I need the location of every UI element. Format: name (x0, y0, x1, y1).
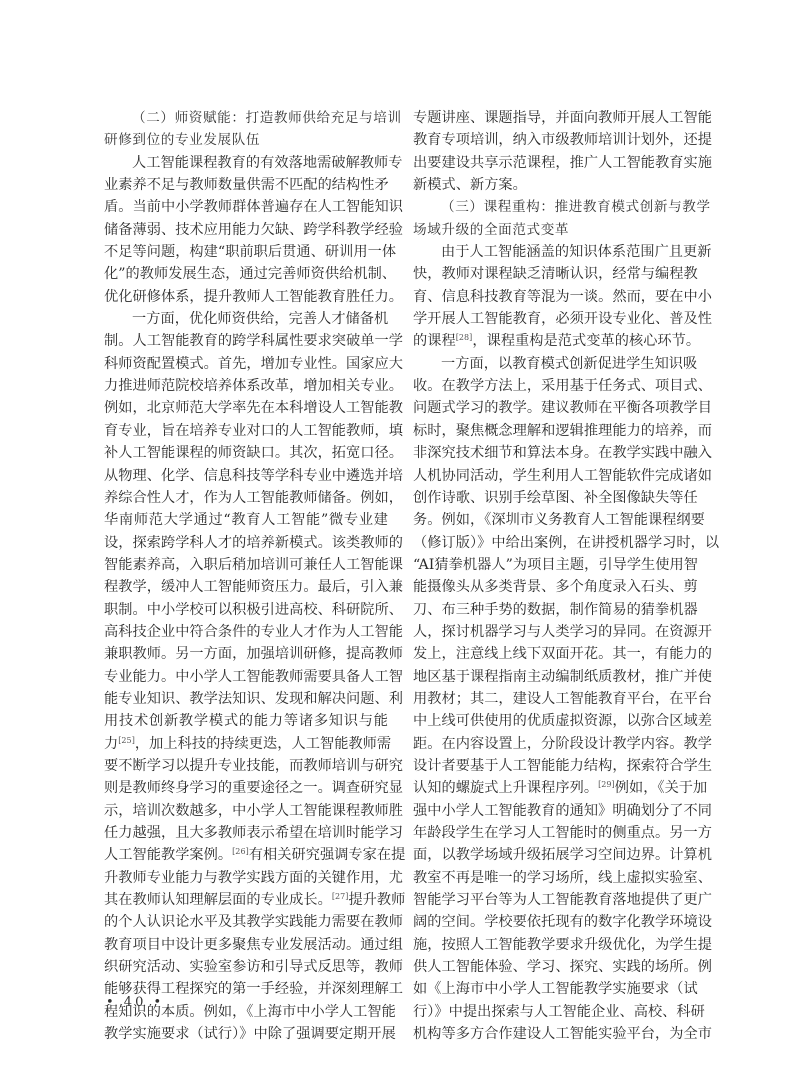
line-text: 中上线可供使用的优质虚拟资源，以弥合区域差 (413, 713, 712, 729)
paragraph-line: 出要建设共享示范课程，推广人工智能教育实施 (413, 152, 697, 174)
line-text: 例如，北京师范大学率先在本科增设人工智能教 (104, 400, 403, 416)
paragraph-line: 力[25]，加上科技的持续更迭，人工智能教师需 (104, 733, 388, 755)
line-text: 任力越强，且大多教师表示希望在培训时能学习 (104, 825, 403, 841)
paragraph-line: 教室不再是唯一的学习场所，线上虚拟实验室、 (413, 867, 697, 889)
line-text: 育、信息科技教育等混为一谈。然而，要在中小 (413, 289, 712, 305)
line-text: 人，探讨机器学习与人类学习的异同。在资源开 (413, 624, 712, 640)
paragraph-line: 收。在教学方法上，采用基于任务式、项目式、 (413, 375, 697, 397)
paragraph-line: 设计者要基于人工智能能力结构，探索符合学生 (413, 755, 697, 777)
line-text: 力 (104, 736, 118, 752)
paragraph-line: 示，培训次数越多，中小学人工智能课程教师胜 (104, 800, 388, 822)
paragraph-line: 刀、布三种手势的数据，制作简易的猜拳机器 (413, 599, 697, 621)
line-text: 专业能力。中小学人工智能教师需要具备人工智 (104, 669, 403, 685)
paragraph-line: 智能学习平台等为人工智能教育落地提供了更广 (413, 889, 697, 911)
line-text: 标时，聚焦概念理解和逻辑推理能力的培养，而 (413, 423, 712, 439)
line-text: 出要建设共享示范课程，推广人工智能教育实施 (413, 155, 712, 171)
line-text: 则是教师终身学习的重要途径之一。调查研究显 (104, 780, 403, 796)
citation-marker: [25] (118, 736, 135, 745)
line-text: 认知的螺旋式上升课程序列。 (413, 780, 598, 796)
paragraph-line: 阔的空间。学校要依托现有的数字化教学环境设 (413, 911, 697, 933)
line-text: 智能学习平台等为人工智能教育落地提供了更广 (413, 892, 712, 908)
line-text: 人机协同活动，学生利用人工智能软件完成诸如 (413, 468, 712, 484)
line-text-continued: ，课程重构是范式变革的核心环节。 (472, 333, 700, 349)
line-text: 教学实施要求（试行）》中除了强调要定期开展 (104, 1026, 396, 1042)
paragraph-line: 则是教师终身学习的重要途径之一。调查研究显 (104, 777, 388, 799)
line-text: 机构等多方合作建设人工智能实验平台，为全市 (413, 1026, 712, 1042)
paragraph-line: 人工智能教学案例。[26]有相关研究强调专家在提 (104, 844, 388, 866)
paragraph-line: 储备薄弱、技术应用能力欠缺、跨学科教学经验 (104, 219, 388, 241)
paragraph-line: 能摄像头从多类背景、多个角度录入石头、剪 (413, 576, 697, 598)
line-text: 优化研修体系，提升教师人工智能教育胜任力。 (104, 289, 403, 305)
paragraph-line: 人机协同活动，学生利用人工智能软件完成诸如 (413, 465, 697, 487)
citation-marker: [26] (232, 847, 249, 856)
line-text: 养综合性人才，作为人工智能教师储备。例如， (104, 490, 403, 506)
paragraph-line: 发上，注意线上线下双面开花。其一，有能力的 (413, 643, 697, 665)
line-text-continued: 有相关研究强调专家在提 (249, 847, 406, 863)
paragraph-line: 程教学，缓冲人工智能师资压力。最后，引入兼 (104, 576, 388, 598)
line-text: 面，以教学场域升级拓展学习空间边界。计算机 (413, 847, 712, 863)
line-text: 人工智能课程教育的有效落地需破解教师专 (132, 155, 403, 171)
line-text: 华南师范大学通过“教育人工智能”微专业建 (104, 512, 388, 528)
line-text: 设计者要基于人工智能能力结构，探索符合学生 (413, 758, 712, 774)
paragraph-line: 强中小学人工智能教育的通知》明确划分了不同 (413, 800, 697, 822)
line-text: “AI猜拳机器人”为项目主题，引导学生使用智 (413, 557, 698, 573)
paragraph-line: 地区基于课程指南主动编制纸质教材，推广并使 (413, 666, 697, 688)
paragraph-line: 用技术创新教学模式的能力等诸多知识与能 (104, 710, 388, 732)
line-text: 的课程 (413, 333, 456, 349)
line-text: 用技术创新教学模式的能力等诸多知识与能 (104, 713, 388, 729)
citation-marker: [29] (598, 780, 615, 789)
paragraph-line: 不足等问题，构建“职前职后贯通、研训用一体 (104, 241, 388, 263)
line-text: 其在教师认知理解层面的专业成长。 (104, 892, 332, 908)
paragraph-line: 制。人工智能教育的跨学科属性要求突破单一学 (104, 330, 388, 352)
paragraph-line: 一方面，优化师资供给，完善人才储备机 (104, 308, 388, 330)
paragraph-line: 新模式、新方案。 (413, 174, 697, 196)
paragraph-line: 人工智能课程教育的有效落地需破解教师专 (104, 152, 388, 174)
paragraph-line: 非深究技术细节和算法本身。在教学实践中融入 (413, 442, 697, 464)
line-text: （修订版）》中给出案例，在讲授机器学习时，以 (413, 535, 719, 551)
paragraph-line: 华南师范大学通过“教育人工智能”微专业建 (104, 509, 388, 531)
paragraph-line: 一方面，以教育模式创新促进学生知识吸 (413, 353, 697, 375)
line-text: 刀、布三种手势的数据，制作简易的猜拳机器 (413, 602, 698, 618)
paragraph-line: 中上线可供使用的优质虚拟资源，以弥合区域差 (413, 710, 697, 732)
paragraph-line: 其在教师认知理解层面的专业成长。[27]提升教师 (104, 889, 388, 911)
line-text-continued: ，加上科技的持续更迭，人工智能教师需 (135, 736, 391, 752)
paragraph-line: 人，探讨机器学习与人类学习的异同。在资源开 (413, 621, 697, 643)
paragraph-line: （修订版）》中给出案例，在讲授机器学习时，以 (413, 532, 697, 554)
paragraph-line: 高科技企业中符合条件的专业人才作为人工智能 (104, 621, 388, 643)
paragraph-line: “AI猜拳机器人”为项目主题，引导学生使用智 (413, 554, 697, 576)
line-text: 教育专项培训，纳入市级教师培训计划外，还提 (413, 132, 712, 148)
line-text: 问题式学习的教学。建议教师在平衡各项教学目 (413, 400, 712, 416)
line-text: 强中小学人工智能教育的通知》明确划分了不同 (413, 803, 712, 819)
paragraph-line: 养综合性人才，作为人工智能教师储备。例如， (104, 487, 388, 509)
paragraph-line: 化”的教师发展生态，通过完善师资供给机制、 (104, 263, 388, 285)
line-text: 阔的空间。学校要依托现有的数字化教学环境设 (413, 914, 712, 930)
section-heading-line: （二）师资赋能：打造教师供给充足与培训 (104, 107, 388, 129)
paragraph-line: 力推进师范院校培养体系改革，增加相关专业。 (104, 375, 388, 397)
line-text: 要不断学习以提升专业技能，而教师培训与研究 (104, 758, 403, 774)
line-text: 从物理、化学、信息科技等学科专业中遴选并培 (104, 468, 403, 484)
paragraph-line: 育专业，旨在培养专业对口的人工智能教师，填 (104, 420, 388, 442)
line-text: 示，培训次数越多，中小学人工智能课程教师胜 (104, 803, 403, 819)
line-text: 快，教师对课程缺乏清晰认识，经常与编程教 (413, 266, 698, 282)
line-text: 用教材；其二，建设人工智能教育平台，在平台 (413, 691, 712, 707)
line-text: 兼职教师。另一方面，加强培训研修，提高教师 (104, 646, 403, 662)
paragraph-line: 由于人工智能涵盖的知识体系范围广且更新 (413, 241, 697, 263)
paragraph-line: 从物理、化学、信息科技等学科专业中遴选并培 (104, 465, 388, 487)
paragraph-line: 设，探索跨学科人才的培养新模式。该类教师的 (104, 532, 388, 554)
paragraph-line: 专业能力。中小学人工智能教师需要具备人工智 (104, 666, 388, 688)
paragraph-line: 任力越强，且大多教师表示希望在培训时能学习 (104, 822, 388, 844)
line-text: 年龄段学生在学习人工智能时的侧重点。另一方 (413, 825, 712, 841)
line-text: 新模式、新方案。 (413, 177, 527, 193)
paragraph-line: 的个人认识论水平及其教学实践能力需要在教师 (104, 911, 388, 933)
paragraph-line: 年龄段学生在学习人工智能时的侧重点。另一方 (413, 822, 697, 844)
line-text: 学开展人工智能教育，必须开设专业化、普及性 (413, 311, 712, 327)
citation-marker: [28] (456, 333, 473, 342)
line-text: （二）师资赋能：打造教师供给充足与培训 (132, 110, 402, 126)
paragraph-line: 施，按照人工智能教学要求升级优化，为学生提 (413, 934, 697, 956)
paragraph-line: 标时，聚焦概念理解和逻辑推理能力的培养，而 (413, 420, 697, 442)
paragraph-line: 行）》中提出探索与人工智能企业、高校、科研 (413, 1001, 697, 1023)
line-text: 业素养不足与教师数量供需不匹配的结构性矛 (104, 177, 389, 193)
paragraph-line: 教学实施要求（试行）》中除了强调要定期开展 (104, 1023, 388, 1045)
paragraph-line: 织研究活动、实验室参访和引导式反思等，教师 (104, 956, 388, 978)
paragraph-line: 问题式学习的教学。建议教师在平衡各项教学目 (413, 397, 697, 419)
section-heading-line: 场域升级的全面范式变革 (413, 219, 697, 241)
paragraph-line: 盾。当前中小学教师群体普遍存在人工智能知识 (104, 196, 388, 218)
paragraph-line: 能专业知识、教学法知识、发现和解决问题、利 (104, 688, 388, 710)
line-text: 教育项目中设计更多聚焦专业发展活动。通过组 (104, 937, 403, 953)
line-text: 盾。当前中小学教师群体普遍存在人工智能知识 (104, 199, 403, 215)
paragraph-line: 职制。中小学校可以积极引进高校、科研院所、 (104, 599, 388, 621)
paragraph-line: 业素养不足与教师数量供需不匹配的结构性矛 (104, 174, 388, 196)
line-text: 施，按照人工智能教学要求升级优化，为学生提 (413, 937, 712, 953)
paragraph-line: 优化研修体系，提升教师人工智能教育胜任力。 (104, 286, 388, 308)
line-text: 由于人工智能涵盖的知识体系范围广且更新 (441, 244, 712, 260)
paragraph-line: 科师资配置模式。首先，增加专业性。国家应大 (104, 353, 388, 375)
line-text: 能摄像头从多类背景、多个角度录入石头、剪 (413, 579, 698, 595)
line-text: 人工智能教学案例。 (104, 847, 232, 863)
line-text: 场域升级的全面范式变革 (413, 222, 569, 238)
line-text: 能专业知识、教学法知识、发现和解决问题、利 (104, 691, 403, 707)
paragraph-line: 兼职教师。另一方面，加强培训研修，提高教师 (104, 643, 388, 665)
line-text: 织研究活动、实验室参访和引导式反思等，教师 (104, 959, 403, 975)
paragraph-line: 例如，北京师范大学率先在本科增设人工智能教 (104, 397, 388, 419)
line-text: 一方面，优化师资供给，完善人才储备机 (132, 311, 388, 327)
right-column: 专题讲座、课题指导，并面向教师开展人工智能教育专项培训，纳入市级教师培训计划外，… (413, 107, 697, 1045)
line-text: 科师资配置模式。首先，增加专业性。国家应大 (104, 356, 403, 372)
line-text: 供人工智能体验、学习、探究、实践的场所。例 (413, 959, 712, 975)
paragraph-line: 教育专项培训，纳入市级教师培训计划外，还提 (413, 129, 697, 151)
paragraph-line: 如《上海市中小学人工智能教学实施要求（试 (413, 978, 697, 1000)
line-text: 力推进师范院校培养体系改革，增加相关专业。 (104, 378, 403, 394)
line-text: 行）》中提出探索与人工智能企业、高校、科研 (413, 1004, 705, 1020)
section-heading-line: （三）课程重构：推进教育模式创新与教学 (413, 196, 697, 218)
page-number: • 40 • (106, 995, 164, 1010)
paragraph-line: 补人工智能课程的师资缺口。其次，拓宽口径。 (104, 442, 388, 464)
line-text-continued: 例如，《关于加 (615, 780, 708, 796)
line-text: 收。在教学方法上，采用基于任务式、项目式、 (413, 378, 712, 394)
section-heading-line: 研修到位的专业发展队伍 (104, 129, 388, 151)
line-text: 升教师专业能力与教学实践方面的关键作用，尤 (104, 870, 403, 886)
paragraph-line: 要不断学习以提升专业技能，而教师培训与研究 (104, 755, 388, 777)
paragraph-line: 教育项目中设计更多聚焦专业发展活动。通过组 (104, 934, 388, 956)
paragraph-line: 的课程[28]，课程重构是范式变革的核心环节。 (413, 330, 697, 352)
line-text: 程教学，缓冲人工智能师资压力。最后，引入兼 (104, 579, 403, 595)
citation-marker: [27] (332, 892, 349, 901)
line-text: 的个人认识论水平及其教学实践能力需要在教师 (104, 914, 403, 930)
line-text: （三）课程重构：推进教育模式创新与教学 (441, 199, 711, 215)
paragraph-line: 创作诗歌、识别手绘草图、补全图像缺失等任 (413, 487, 697, 509)
line-text: 不足等问题，构建“职前职后贯通、研训用一体 (104, 244, 396, 260)
line-text: 职制。中小学校可以积极引进高校、科研院所、 (104, 602, 403, 618)
paragraph-line: 距。在内容设置上，分阶段设计教学内容。教学 (413, 733, 697, 755)
line-text: 如《上海市中小学人工智能教学实施要求（试 (413, 981, 698, 997)
paragraph-line: 快，教师对课程缺乏清晰认识，经常与编程教 (413, 263, 697, 285)
line-text: 专题讲座、课题指导，并面向教师开展人工智能 (413, 110, 712, 126)
line-text: 创作诗歌、识别手绘草图、补全图像缺失等任 (413, 490, 698, 506)
left-column: （二）师资赋能：打造教师供给充足与培训研修到位的专业发展队伍人工智能课程教育的有… (104, 107, 388, 1045)
paragraph-line: 机构等多方合作建设人工智能实验平台，为全市 (413, 1023, 697, 1045)
line-text: 设，探索跨学科人才的培养新模式。该类教师的 (104, 535, 403, 551)
paragraph-line: 供人工智能体验、学习、探究、实践的场所。例 (413, 956, 697, 978)
paragraph-line: 升教师专业能力与教学实践方面的关键作用，尤 (104, 867, 388, 889)
line-text: 储备薄弱、技术应用能力欠缺、跨学科教学经验 (104, 222, 403, 238)
paragraph-line: 育、信息科技教育等混为一谈。然而，要在中小 (413, 286, 697, 308)
line-text: 非深究技术细节和算法本身。在教学实践中融入 (413, 445, 712, 461)
line-text: 务。例如，《深圳市义务教育人工智能课程纲要 (413, 512, 705, 528)
line-text: 补人工智能课程的师资缺口。其次，拓宽口径。 (104, 445, 403, 461)
line-text: 教室不再是唯一的学习场所，线上虚拟实验室、 (413, 870, 712, 886)
paragraph-line: 智能素养高，入职后稍加培训可兼任人工智能课 (104, 554, 388, 576)
line-text: 距。在内容设置上，分阶段设计教学内容。教学 (413, 736, 712, 752)
line-text: 智能素养高，入职后稍加培训可兼任人工智能课 (104, 557, 403, 573)
line-text: 一方面，以教育模式创新促进学生知识吸 (441, 356, 697, 372)
paragraph-line: 学开展人工智能教育，必须开设专业化、普及性 (413, 308, 697, 330)
line-text: 地区基于课程指南主动编制纸质教材，推广并使 (413, 669, 712, 685)
line-text-continued: 提升教师 (348, 892, 405, 908)
paragraph-line: 用教材；其二，建设人工智能教育平台，在平台 (413, 688, 697, 710)
line-text: 制。人工智能教育的跨学科属性要求突破单一学 (104, 333, 403, 349)
paragraph-line: 面，以教学场域升级拓展学习空间边界。计算机 (413, 844, 697, 866)
line-text: 研修到位的专业发展队伍 (104, 132, 260, 148)
paragraph-line: 认知的螺旋式上升课程序列。[29]例如，《关于加 (413, 777, 697, 799)
line-text: 化”的教师发展生态，通过完善师资供给机制、 (104, 266, 396, 282)
paragraph-line: 务。例如，《深圳市义务教育人工智能课程纲要 (413, 509, 697, 531)
paragraph-line: 专题讲座、课题指导，并面向教师开展人工智能 (413, 107, 697, 129)
line-text: 高科技企业中符合条件的专业人才作为人工智能 (104, 624, 403, 640)
line-text: 发上，注意线上线下双面开花。其一，有能力的 (413, 646, 712, 662)
line-text: 育专业，旨在培养专业对口的人工智能教师，填 (104, 423, 403, 439)
